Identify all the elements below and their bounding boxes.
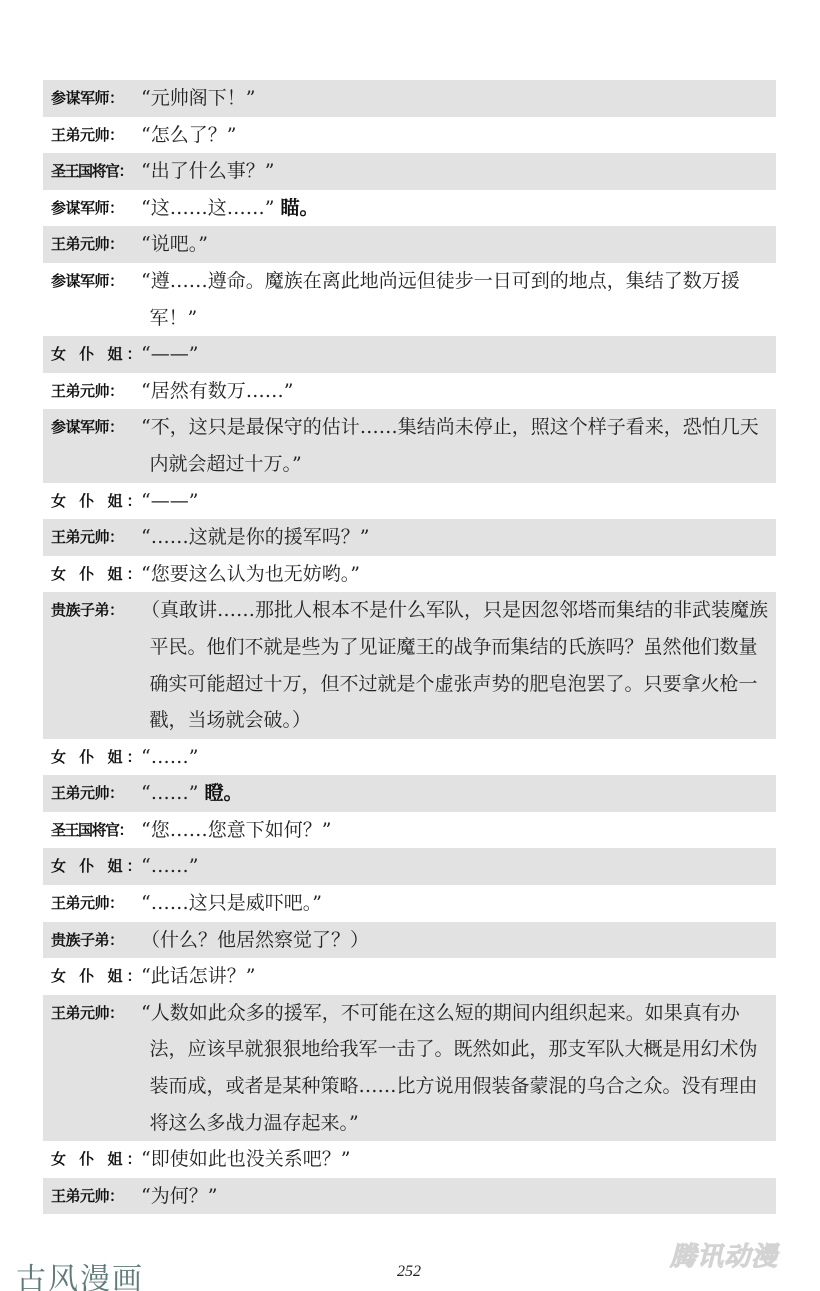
dialogue-text: “——” [141,483,776,520]
dialogue-row: 女 仆 姐： “……” [43,848,776,885]
dialogue-row: 女 仆 姐： “——” [43,483,776,520]
speaker-label: 参谋军师： [43,80,141,117]
page-number: 252 [397,1263,421,1281]
dialogue-text: “您要这么认为也无妨哟。” [141,556,776,593]
speaker-label: 圣王国将官： [43,812,141,849]
speaker-label: 女 仆 姐： [43,483,141,520]
dialogue-text: “怎么了？” [141,117,776,154]
dialogue-row: 王弟元帅： “……这只是威吓吧。” [43,885,776,922]
dialogue-row: 圣王国将官： “出了什么事？” [43,153,776,190]
dialogue-text: “为何？” [141,1178,776,1215]
speaker-label: 王弟元帅： [43,995,141,1032]
dialogue-row: 王弟元帅： “人数如此众多的援军，不可能在这么短的期间内组织起来。如果真有办法，… [43,995,776,1141]
speaker-label: 王弟元帅： [43,226,141,263]
speaker-label: 女 仆 姐： [43,958,141,995]
dialogue-row: 参谋军师： “元帅阁下！” [43,80,776,117]
dialogue-text: “——” [141,336,776,373]
speaker-label: 王弟元帅： [43,885,141,922]
speaker-label: 女 仆 姐： [43,336,141,373]
dialogue-row: 女 仆 姐： “即使如此也没关系吧？” [43,1141,776,1178]
dialogue-text: （什么？他居然察觉了？） [141,922,776,959]
dialogue-row: 王弟元帅： “……这就是你的援军吗？” [43,519,776,556]
speaker-label: 贵族子弟： [43,592,141,629]
dialogue-row: 王弟元帅： “为何？” [43,1178,776,1215]
dialogue-row: 女 仆 姐： “此话怎讲？” [43,958,776,995]
dialogue-row: 参谋军师： “这……这……”瞄。 [43,190,776,227]
dialogue-text: “遵……遵命。魔族在离此地尚远但徒步一日可到的地点，集结了数万援军！” [141,263,776,336]
dialogue-text: “说吧。” [141,226,776,263]
stage-action: 瞄。 [280,197,318,219]
dialogue-row: 参谋军师： “不，这只是最保守的估计……集结尚未停止，照这个样子看来，恐怕几天内… [43,409,776,482]
speaker-label: 贵族子弟： [43,922,141,959]
site-logo-watermark: 古风漫画 [16,1254,144,1291]
dialogue-row: 贵族子弟： （什么？他居然察觉了？） [43,922,776,959]
speaker-label: 参谋军师： [43,190,141,227]
dialogue-row: 女 仆 姐： “……” [43,739,776,776]
speaker-label: 王弟元帅： [43,373,141,410]
dialogue-text: “……”瞪。 [141,775,776,812]
stage-action: 瞪。 [204,782,242,804]
dialogue-row: 王弟元帅： “怎么了？” [43,117,776,154]
speaker-label: 参谋军师： [43,263,141,300]
speaker-label: 参谋军师： [43,409,141,446]
speaker-label: 王弟元帅： [43,117,141,154]
dialogue-text: “……” [141,739,776,776]
speaker-label: 女 仆 姐： [43,848,141,885]
dialogue-row: 王弟元帅： “说吧。” [43,226,776,263]
dialogue-row: 贵族子弟： （真敢讲……那批人根本不是什么军队，只是因忽邻塔而集结的非武装魔族平… [43,592,776,738]
speaker-label: 圣王国将官： [43,153,141,190]
speaker-label: 王弟元帅： [43,1178,141,1215]
dialogue-row: 女 仆 姐： “——” [43,336,776,373]
dialogue-text: “不，这只是最保守的估计……集结尚未停止，照这个样子看来，恐怕几天内就会超过十万… [141,409,776,482]
dialogue-text: “……” [141,848,776,885]
dialogue-row: 参谋军师： “遵……遵命。魔族在离此地尚远但徒步一日可到的地点，集结了数万援军！… [43,263,776,336]
dialogue-row: 圣王国将官： “您……您意下如何？” [43,812,776,849]
dialogue-text: “出了什么事？” [141,153,776,190]
speaker-label: 女 仆 姐： [43,1141,141,1178]
dialogue-text: （真敢讲……那批人根本不是什么军队，只是因忽邻塔而集结的非武装魔族平民。他们不就… [141,592,776,738]
dialogue-text: “这……这……”瞄。 [141,190,776,227]
publisher-watermark: 腾讯动漫 [670,1236,778,1273]
dialogue-text: “……这就是你的援军吗？” [141,519,776,556]
dialogue-text: “居然有数万……” [141,373,776,410]
speaker-label: 王弟元帅： [43,519,141,556]
speaker-label: 女 仆 姐： [43,556,141,593]
dialogue-text: “您……您意下如何？” [141,812,776,849]
dialogue-text: “此话怎讲？” [141,958,776,995]
dialogue-script: 参谋军师： “元帅阁下！” 王弟元帅： “怎么了？” 圣王国将官： “出了什么事… [43,80,776,1214]
dialogue-row: 女 仆 姐： “您要这么认为也无妨哟。” [43,556,776,593]
speaker-label: 王弟元帅： [43,775,141,812]
speaker-label: 女 仆 姐： [43,739,141,776]
dialogue-row: 王弟元帅： “……”瞪。 [43,775,776,812]
dialogue-text: “人数如此众多的援军，不可能在这么短的期间内组织起来。如果真有办法，应该早就狠狠… [141,995,776,1141]
dialogue-row: 王弟元帅： “居然有数万……” [43,373,776,410]
dialogue-text: “元帅阁下！” [141,80,776,117]
dialogue-text: “……这只是威吓吧。” [141,885,776,922]
dialogue-text: “即使如此也没关系吧？” [141,1141,776,1178]
